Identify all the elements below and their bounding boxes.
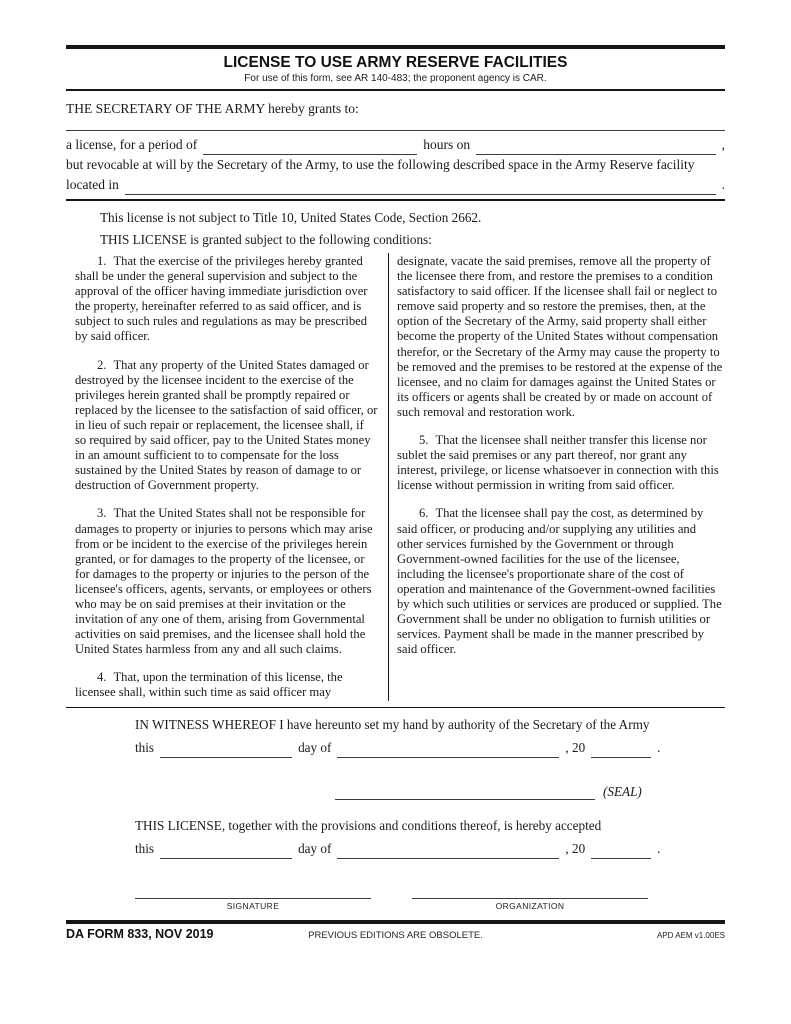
seal-label: (SEAL) <box>603 783 642 800</box>
condition-number-5: 5. <box>419 433 428 447</box>
witness-year-label: , 20 <box>565 738 585 758</box>
located-row: located in . <box>66 175 725 195</box>
condition-number-1: 1. <box>97 254 106 268</box>
acceptance-date-row: this day of , 20 . <box>135 839 725 859</box>
organization-field[interactable] <box>412 886 648 899</box>
witness-day-field[interactable] <box>160 741 292 758</box>
conditions-bottom-rule <box>66 707 725 709</box>
period-row: a license, for a period of hours on , <box>66 135 725 155</box>
acceptance-year-label: , 20 <box>565 839 585 859</box>
form-subtitle: For use of this form, see AR 140-483; th… <box>66 72 725 85</box>
signature-block: SIGNATURE <box>135 886 371 911</box>
version-stamp: APD AEM v1.00ES <box>483 931 725 940</box>
authority-signature-field[interactable] <box>335 783 595 800</box>
grant-section-rule <box>66 199 725 201</box>
condition-text-6: That the licensee shall pay the cost, as… <box>397 506 722 656</box>
period-prefix-label: a license, for a period of <box>66 135 197 155</box>
organization-block: ORGANIZATION <box>412 886 648 911</box>
condition-number-3: 3. <box>97 506 106 520</box>
condition-paragraph-2: 2.That any property of the United States… <box>75 358 378 494</box>
condition-paragraph-4-continuation: designate, vacate the said premises, rem… <box>397 254 723 420</box>
header-rule <box>66 89 725 91</box>
hours-date-field[interactable] <box>476 138 716 155</box>
conditions-intro: THIS LICENSE is granted subject to the f… <box>66 231 725 248</box>
form-id: DA FORM 833, NOV 2019 <box>66 927 308 941</box>
hours-on-label: hours on <box>423 135 470 155</box>
acceptance-month-field[interactable] <box>337 842 559 859</box>
footer-rule <box>66 920 725 924</box>
da-form-833-page: LICENSE TO USE ARMY RESERVE FACILITIES F… <box>0 0 791 1024</box>
condition-text-1: That the exercise of the privileges here… <box>75 254 367 343</box>
organization-label: ORGANIZATION <box>412 901 648 911</box>
acceptance-this-label: this <box>135 839 154 859</box>
witness-year-field[interactable] <box>591 741 651 758</box>
condition-text-5: That the licensee shall neither transfer… <box>397 433 719 492</box>
signature-row: SIGNATURE ORGANIZATION <box>135 886 725 911</box>
condition-text-3: That the United States shall not be resp… <box>75 506 373 656</box>
condition-text-4: That, upon the termination of this licen… <box>75 670 343 699</box>
grantee-field[interactable] <box>66 118 725 131</box>
period-field[interactable] <box>203 138 417 155</box>
witness-month-field[interactable] <box>337 741 559 758</box>
condition-number-6: 6. <box>419 506 428 520</box>
title10-notice: This license is not subject to Title 10,… <box>66 209 725 226</box>
signature-field[interactable] <box>135 886 371 899</box>
witness-day-of-label: day of <box>298 738 331 758</box>
condition-number-2: 2. <box>97 358 106 372</box>
acceptance-day-of-label: day of <box>298 839 331 859</box>
form-header: LICENSE TO USE ARMY RESERVE FACILITIES F… <box>66 53 725 85</box>
acceptance-day-field[interactable] <box>160 842 292 859</box>
conditions-left-column: 1.That the exercise of the privileges he… <box>66 253 388 701</box>
form-title: LICENSE TO USE ARMY RESERVE FACILITIES <box>66 53 725 72</box>
secretary-grants-line: THE SECRETARY OF THE ARMY hereby grants … <box>66 100 725 117</box>
top-rule <box>66 45 725 49</box>
period-row-comma: , <box>722 135 725 155</box>
revocable-line: but revocable at will by the Secretary o… <box>66 155 725 175</box>
condition-paragraph-5: 5.That the licensee shall neither transf… <box>397 433 723 493</box>
located-row-period: . <box>722 175 725 195</box>
witness-whereof-line: IN WITNESS WHEREOF I have hereunto set m… <box>135 716 725 733</box>
acceptance-line: THIS LICENSE, together with the provisio… <box>135 817 725 834</box>
signature-label: SIGNATURE <box>135 901 371 911</box>
conditions-right-column: designate, vacate the said premises, rem… <box>389 253 725 701</box>
witness-end-period: . <box>657 738 660 758</box>
acceptance-end-period: . <box>657 839 660 859</box>
acceptance-year-field[interactable] <box>591 842 651 859</box>
located-in-label: located in <box>66 175 119 195</box>
witness-this-label: this <box>135 738 154 758</box>
witness-date-row: this day of , 20 . <box>135 738 725 758</box>
condition-paragraph-3: 3.That the United States shall not be re… <box>75 506 378 657</box>
condition-paragraph-4: 4.That, upon the termination of this lic… <box>75 670 378 700</box>
condition-paragraph-6: 6.That the licensee shall pay the cost, … <box>397 506 723 657</box>
conditions-columns: 1.That the exercise of the privileges he… <box>66 253 725 701</box>
condition-text-2: That any property of the United States d… <box>75 358 377 493</box>
footer: DA FORM 833, NOV 2019 PREVIOUS EDITIONS … <box>66 927 725 941</box>
condition-paragraph-1: 1.That the exercise of the privileges he… <box>75 254 378 345</box>
condition-number-4: 4. <box>97 670 106 684</box>
location-field[interactable] <box>125 178 716 195</box>
editions-note: PREVIOUS EDITIONS ARE OBSOLETE. <box>308 930 483 941</box>
seal-row: (SEAL) <box>335 783 725 800</box>
